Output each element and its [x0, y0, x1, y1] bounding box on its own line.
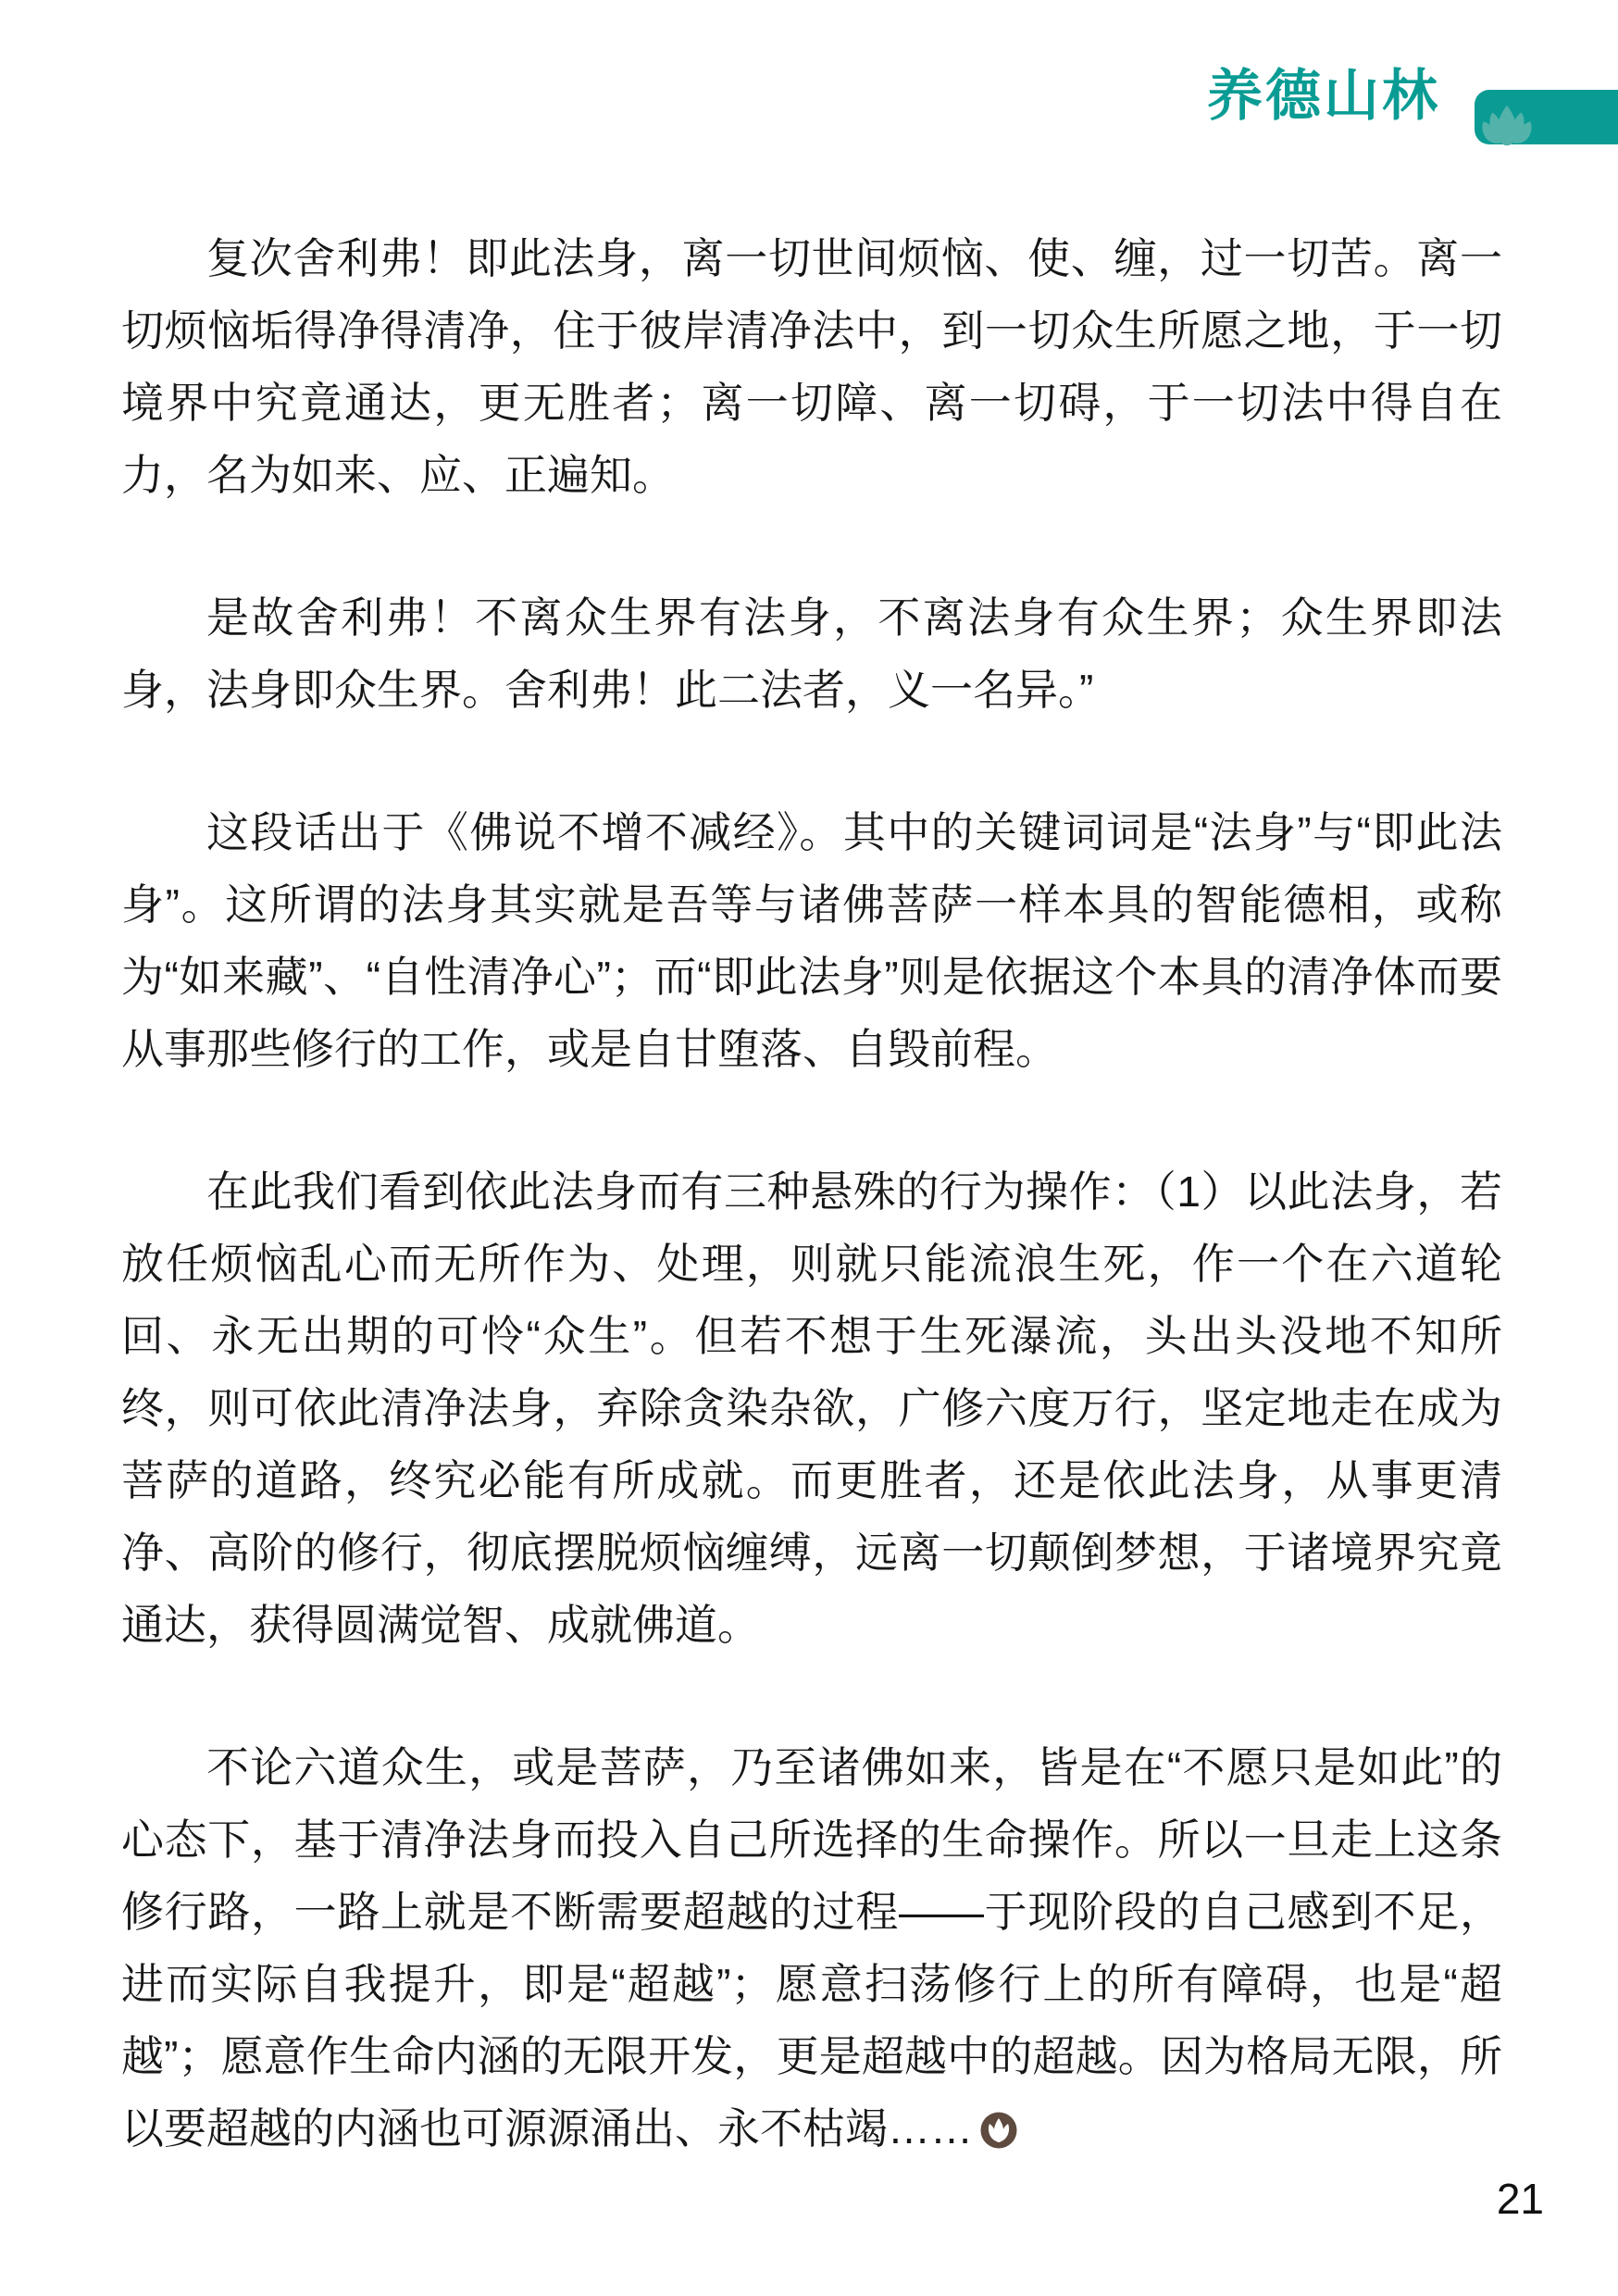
brand-bar [1475, 90, 1618, 144]
paragraph-2: 是故舍利弗！不离众生界有法身，不离法身有众生界；众生界即法身，法身即众生界。舍利… [121, 581, 1502, 726]
paragraph-1: 复次舍利弗！即此法身，离一切世间烦恼、使、缠，过一切苦。离一切烦恼垢得净得清净，… [121, 222, 1502, 511]
article-end-lotus-seal-icon [980, 2112, 1017, 2149]
page: 养德山林 复次舍利弗！即此法身，离一切世间烦恼、使、缠，过一切苦。离一切烦恼垢得… [0, 0, 1618, 2296]
paragraph-3: 这段话出于《佛说不增不减经》。其中的关键词词是“法身”与“即此法身”。这所谓的法… [121, 796, 1502, 1085]
lotus-icon [1480, 101, 1534, 149]
paragraph-5-text: 不论六道众生，或是菩萨，乃至诸佛如来，皆是在“不愿只是如此”的心态下，基于清净法… [121, 1743, 1502, 2152]
brand-title: 养德山林 [1207, 52, 1440, 131]
article: 复次舍利弗！即此法身，离一切世间烦恼、使、缠，过一切苦。离一切烦恼垢得净得清净，… [121, 222, 1502, 2235]
paragraph-5: 不论六道众生，或是菩萨，乃至诸佛如来，皆是在“不愿只是如此”的心态下，基于清净法… [121, 1731, 1502, 2165]
paragraph-4: 在此我们看到依此法身而有三种悬殊的行为操作：（1）以此法身，若放任烦恼乱心而无所… [121, 1155, 1502, 1661]
page-number: 21 [1497, 2174, 1544, 2224]
